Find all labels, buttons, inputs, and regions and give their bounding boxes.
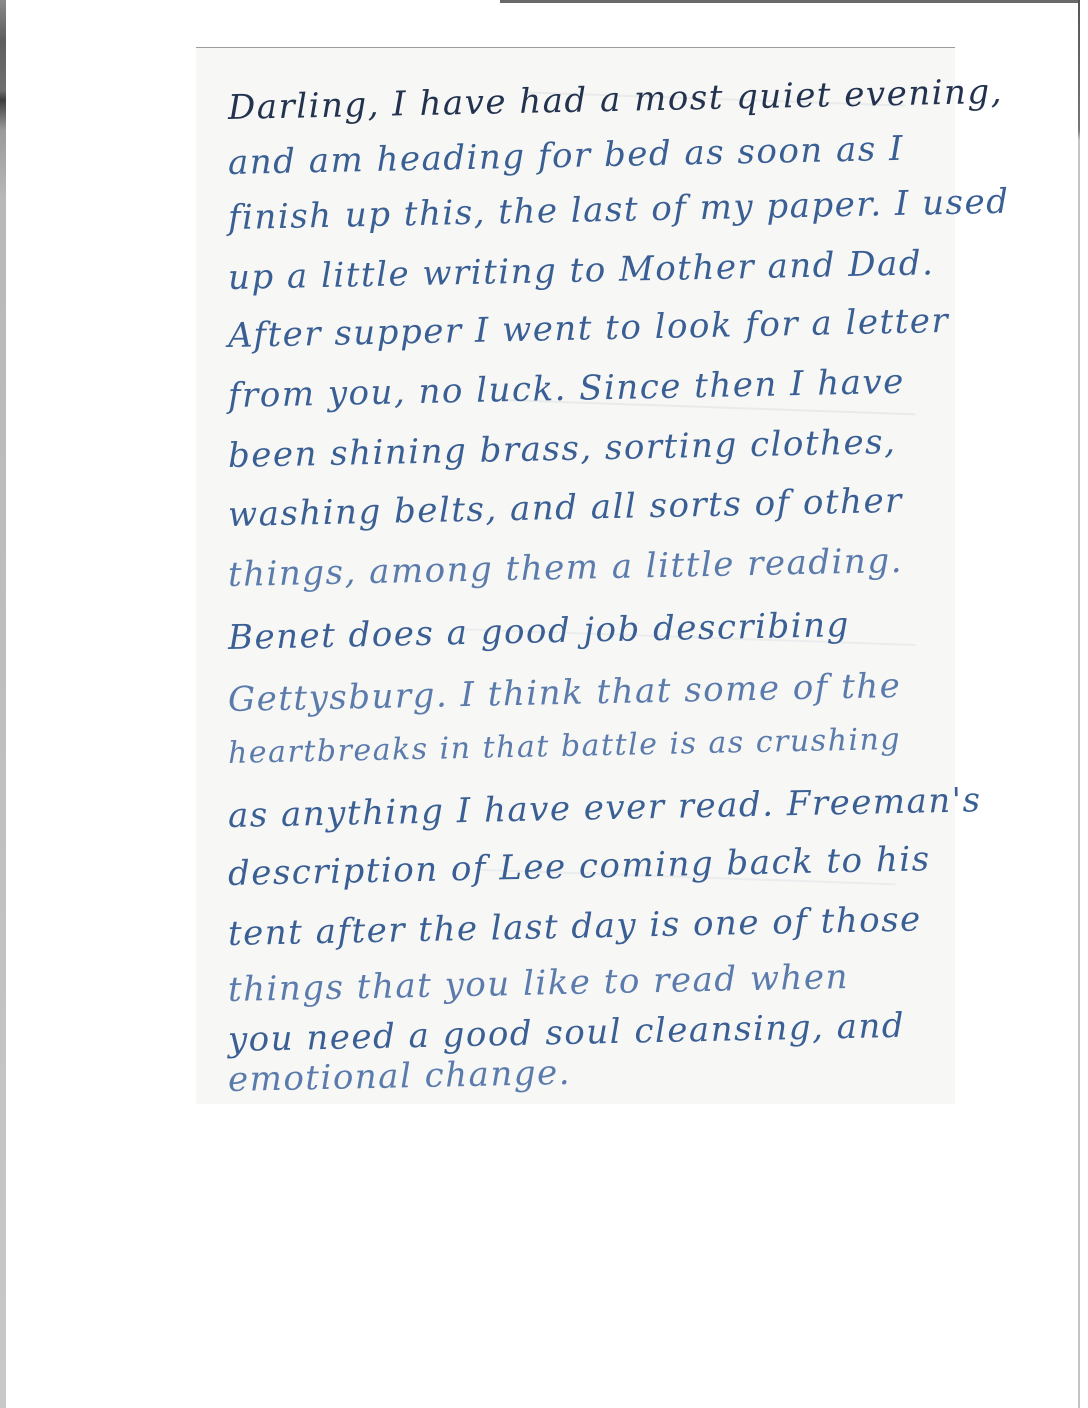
letter-line: up a little writing to Mother and Dad.	[228, 243, 935, 298]
letter-line: Gettysburg. I think that some of the	[228, 666, 902, 720]
letter-line: as anything I have ever read. Freeman's	[228, 780, 982, 836]
letter-line: things, among them a little reading.	[228, 541, 904, 595]
letter-line: washing belts, and all sorts of other	[228, 481, 904, 535]
letter-line: After supper I went to look for a letter	[228, 301, 950, 356]
letter-line: emotional change.	[228, 1053, 572, 1100]
letter-line: tent after the last day is one of those	[228, 899, 923, 954]
letter-page: Darling, I have had a most quiet evening…	[196, 47, 955, 1104]
letter-line: heartbreaks in that battle is as crushin…	[228, 722, 902, 771]
letter-line: things that you like to read when	[228, 957, 850, 1010]
scanner-edge-top	[500, 0, 1080, 3]
letter-line: description of Lee coming back to his	[228, 839, 931, 894]
letter-line: and am heading for bed as soon as I	[228, 129, 905, 183]
scanner-edge-left	[0, 0, 6, 1408]
letter-line: Darling, I have had a most quiet evening…	[228, 72, 1004, 128]
letter-line: Benet does a good job describing	[228, 605, 851, 658]
letter-line: you need a good soul cleansing, and	[228, 1006, 906, 1060]
letter-line: been shining brass, sorting clothes,	[228, 422, 897, 476]
letter-line: finish up this, the last of my paper. I …	[228, 182, 1010, 238]
scanner-edge-right	[1078, 0, 1080, 1408]
